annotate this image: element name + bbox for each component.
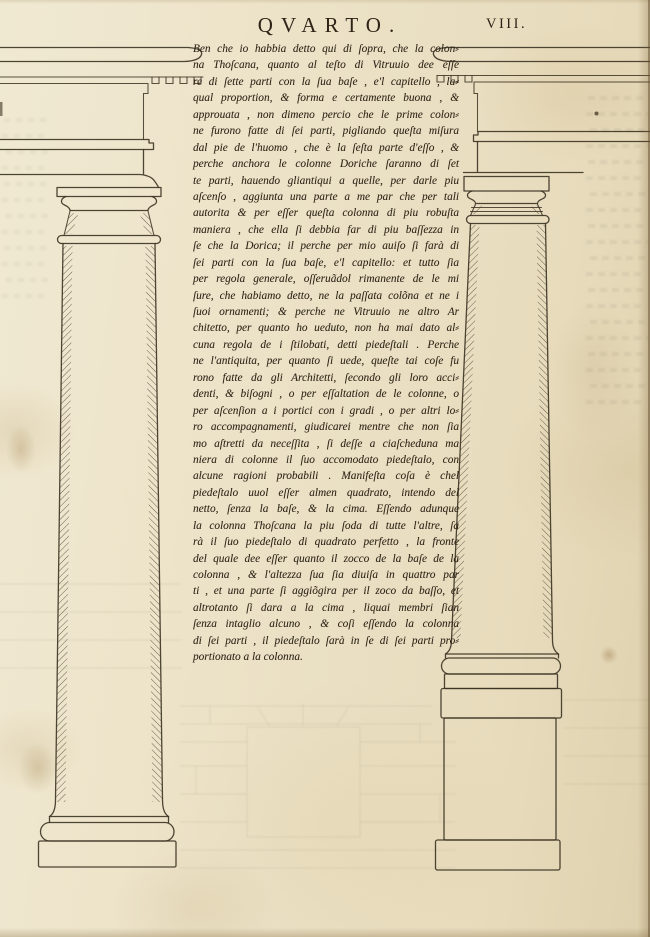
left-column-figure [0, 48, 203, 868]
left-base [39, 817, 177, 868]
folio-number: VIII. [486, 16, 527, 33]
body-text-block: Ben che io habbia detto qui di ſopra, ch… [193, 41, 459, 666]
text-line: ro accompagnamenti, giudicarei mentre ch… [193, 419, 459, 435]
text-line: cuna regola de i ſtilobati, detti piedeſ… [193, 337, 459, 353]
text-line: per aſcenſion a i portici con i gradi , … [193, 403, 459, 419]
right-shaft [446, 224, 559, 655]
text-line: chitetto, per quanto ho ueduto, non ha m… [193, 320, 459, 336]
text-line: piedeſtalo uuol eſſer almen quadrato, in… [193, 485, 459, 501]
text-line: per regola generale, oſſeruãdol rimanent… [193, 271, 459, 287]
left-capital [57, 188, 161, 244]
text-line: del quale dee eſſer quanto il zocco de l… [193, 551, 459, 567]
text-line: rà il ſuo piedeſtalo di quadrato perfett… [193, 534, 459, 550]
text-line: mo aſtretti da neceſſita , ſi deſſe a ci… [193, 436, 459, 452]
text-line: ſe che la Dorica; il perche per mio auiſ… [193, 238, 459, 254]
text-line: di ſei parti , il piedeſtalo ſarà in ſe … [193, 633, 459, 649]
text-line: la colonna Thoſcana la piu ſoda di tutte… [193, 518, 459, 534]
text-line: te parti, hauendo gliantiqui a quelle, p… [193, 173, 459, 189]
text-line: portionato a la colonna. [193, 649, 459, 665]
text-line: dal pie de l'huomo , che è la ſeſta part… [193, 140, 459, 156]
text-line: colonna , & l'altezza ſua ſia diuiſa in … [193, 567, 459, 583]
paper-stain [6, 425, 36, 473]
text-line: approuata , non dimeno percio che le pri… [193, 107, 459, 123]
left-entablature [0, 48, 203, 188]
text-line: alcune ragioni probabili . Manifeſta coſ… [193, 468, 459, 484]
right-base [442, 654, 561, 674]
text-line: rono fatte da gli Architetti, ſecondo gl… [193, 370, 459, 386]
text-line: re di ſette parti con la ſua baſe , e'l … [193, 74, 459, 90]
left-shaft [50, 244, 169, 817]
right-pedestal [436, 674, 562, 870]
text-line: na Thoſcana, quanto al teſto di Vitruuio… [193, 57, 459, 73]
text-line: Ben che io habbia detto qui di ſopra, ch… [193, 41, 459, 57]
page-edge-right [638, 0, 650, 937]
paper-stain [18, 742, 58, 794]
text-line: ſure, che habiamo detto, ne la paſſata c… [193, 288, 459, 304]
text-line: ſei parti con la ſua baſe, e'l capitello… [193, 255, 459, 271]
page-edge-bottom [0, 928, 650, 937]
text-line: ſuoi ornamenti; & perche ne Vitruuio ne … [193, 304, 459, 320]
right-entablature [433, 48, 650, 173]
running-title: QVARTO. [193, 13, 459, 38]
text-line: ne l'antiquita, per quanto ſi uede, queſ… [193, 353, 459, 369]
text-line: perche anchora le colonne Doriche ſarann… [193, 156, 459, 172]
right-capital [464, 177, 549, 224]
text-line: aſcenſo , aggiunta una parte a me par ch… [193, 189, 459, 205]
text-line: netto, ſenza la baſe, & la cima. Eſſendo… [193, 501, 459, 517]
text-line: niera di colonne il ſuo accomodato piede… [193, 452, 459, 468]
text-line: autorita & per eſſer queſta colonna di p… [193, 205, 459, 221]
text-line: maniera , che ella ſi debbia far di piu … [193, 222, 459, 238]
paper-stain [548, 300, 638, 440]
text-line: altrotanto ſi dara a la cima , liquai me… [193, 600, 459, 616]
book-page: QVARTO. VIII. [0, 0, 650, 937]
page-edge-top [0, 0, 650, 4]
text-line: qual proportion, & forma e certamente bu… [193, 90, 459, 106]
text-line: ne furono fatte di ſei parti, pigliando … [193, 123, 459, 139]
right-column-figure [433, 48, 650, 871]
text-line: ſenza intaglio alcuno , & coſi eſſendo l… [193, 616, 459, 632]
text-line: denti, & biſogni , o per eſſaltation de … [193, 386, 459, 402]
text-line: ti , et una parte ſi aggiõgira per il zo… [193, 583, 459, 599]
paper-stain [600, 646, 618, 664]
